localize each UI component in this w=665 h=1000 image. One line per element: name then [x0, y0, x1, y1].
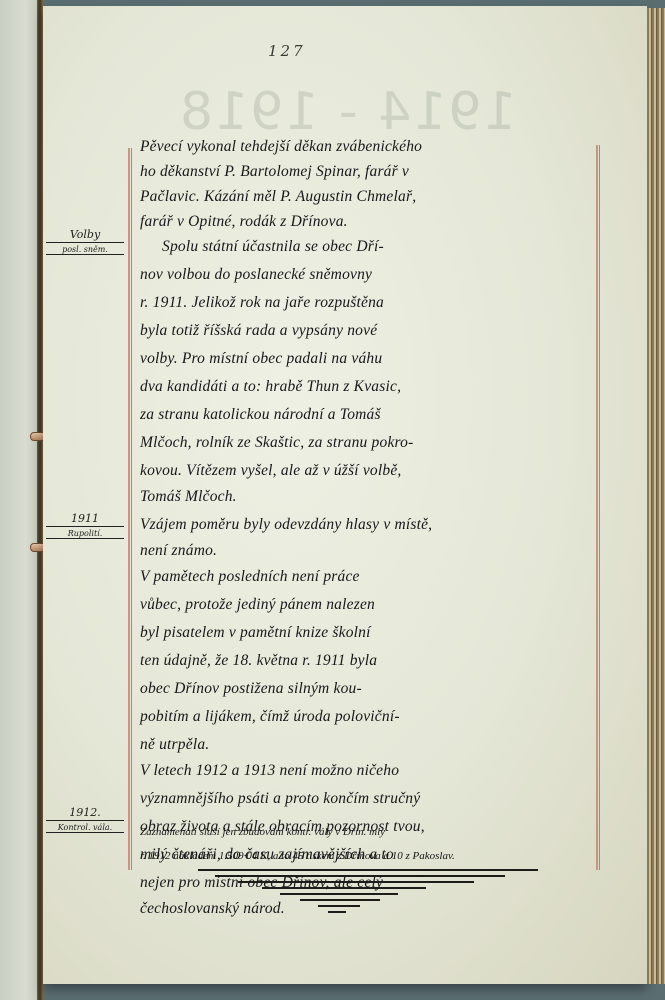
- text-line: vůbec, protože jediný pánem nalezen: [140, 596, 375, 614]
- text-line: pobitím a lijákem, čímž úroda poloviční-: [140, 708, 400, 726]
- text-line: volby. Pro místní obec padali na váhu: [140, 350, 382, 368]
- left-margin-rule: [128, 148, 130, 870]
- text-line: byl pisatelem v pamětní knize školní: [140, 624, 371, 642]
- text-line: ho děkanství P. Bartolomej Spinar, farář…: [140, 163, 409, 181]
- page-number: 127: [268, 42, 306, 60]
- text-line: ně utrpěla.: [140, 736, 209, 754]
- margin-note-1911: 1911 Rupolití.: [46, 512, 124, 539]
- bleed-through-heading: 1914 - 1918: [178, 82, 517, 142]
- text-line: V letech 1912 a 1913 není možno ničeho: [140, 762, 399, 780]
- text-line: Vzájem poměru byly odevzdány hlasy v mís…: [140, 516, 432, 534]
- text-line: za stranu katolickou národní a Tomáš: [140, 406, 381, 424]
- text-line: ten údajně, že 18. května r. 1911 byla: [140, 652, 377, 670]
- left-facing-page: [0, 0, 42, 1000]
- text-line: farář v Opitné, rodák z Dřínova.: [140, 213, 348, 231]
- text-line: Tomáš Mlčoch.: [140, 488, 237, 506]
- right-margin-rule: [596, 145, 598, 870]
- text-line: Spolu státní účastnila se obec Dří-: [162, 238, 384, 256]
- right-margin-rule-inner: [599, 145, 600, 870]
- text-line: Pěvecí vykonal tehdejší děkan zvábenické…: [140, 138, 422, 156]
- text-line: Mlčoch, rolník ze Skaštic, za stranu pok…: [140, 434, 414, 452]
- text-line: není známo.: [140, 542, 217, 560]
- text-line: r. 1912 nákladem 1.509·04 K, a to 45 tis…: [140, 850, 455, 862]
- text-line: nov volbou do poslanecké sněmovny: [140, 266, 372, 284]
- margin-note-elections: Volby posl. sněm.: [46, 228, 124, 255]
- text-line: byla totiž říšská rada a vypsány nové: [140, 322, 377, 340]
- text-line: r. 1911. Jelikož rok na jaře rozpuštěna: [140, 294, 384, 312]
- page-block-edges: [647, 8, 665, 984]
- text-line: Zaznamenati sluší jen zbudování kontr. v…: [140, 826, 385, 838]
- text-line: kovou. Vítězem vyšel, ale až v úžší volb…: [140, 462, 402, 480]
- text-line: dva kandidáti a to: hrabě Thun z Kvasic,: [140, 378, 401, 396]
- left-margin-rule-inner: [131, 148, 132, 870]
- text-line: obec Dřínov postižena silným kou-: [140, 680, 362, 698]
- text-line: čechoslovanský národ.: [140, 900, 285, 918]
- text-line: V pamětech posledních není práce: [140, 568, 360, 586]
- text-line: významnějšího psáti a proto končím struč…: [140, 790, 420, 808]
- margin-note-1912: 1912. Kontrol. vála.: [46, 806, 124, 833]
- text-line: Pačlavic. Kázání měl P. Augustin Chmelař…: [140, 188, 416, 206]
